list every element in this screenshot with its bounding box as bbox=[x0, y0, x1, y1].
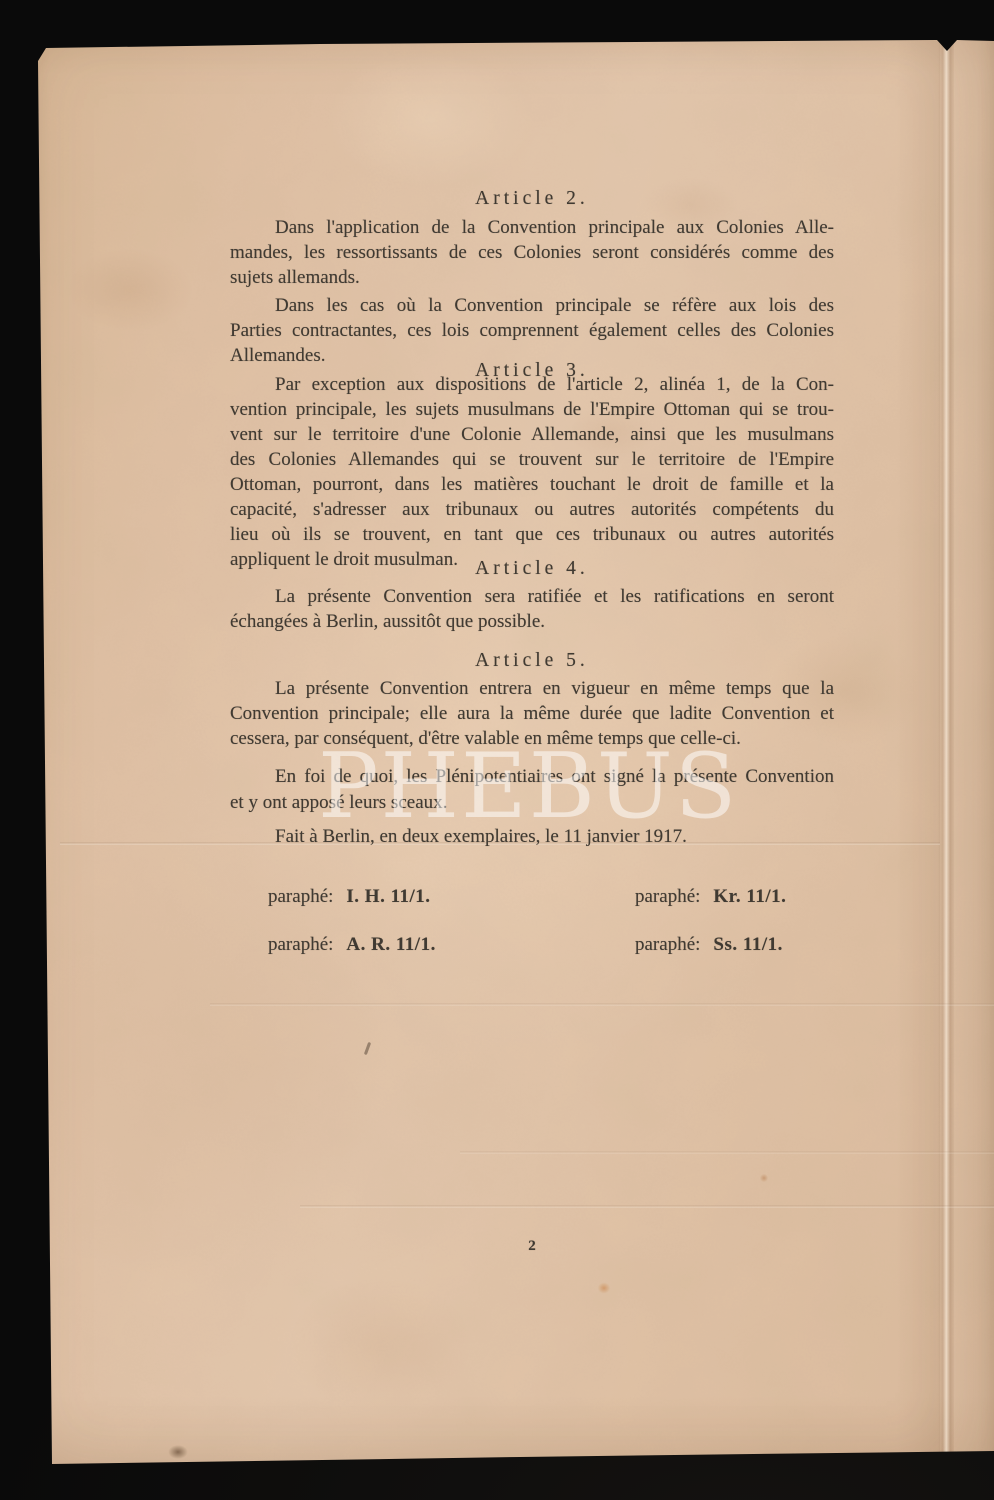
article-5-heading: Article 5. bbox=[230, 648, 834, 673]
text-line: vent sur le territoire d'une Colonie All… bbox=[230, 422, 834, 447]
pencil-mark bbox=[364, 1042, 371, 1055]
closing-paragraph: En foi de quoi, les Plénipotentiaires on… bbox=[230, 764, 834, 816]
text-line: capacité, s'adresser aux tribunaux ou au… bbox=[230, 497, 834, 522]
paraphe-initials: Kr. 11/1. bbox=[713, 886, 786, 907]
paraphe-initials: A. R. 11/1. bbox=[346, 934, 435, 955]
article-5-paragraph: La présente Convention entrera en vigueu… bbox=[230, 676, 834, 751]
paraphe-initials: I. H. 11/1. bbox=[346, 886, 430, 907]
text-line: Dans les cas où la Convention principale… bbox=[230, 293, 834, 318]
paraphe-right: paraphé:Ss. 11/1. bbox=[635, 932, 783, 957]
text-line: Parties contractantes, ces lois comprenn… bbox=[230, 318, 834, 343]
fold-shadow bbox=[896, 38, 940, 1458]
article-4-heading: Article 4. bbox=[230, 556, 834, 581]
text-line: Par exception aux dispositions de l'arti… bbox=[230, 372, 834, 397]
paraphe-label: paraphé: bbox=[268, 886, 333, 907]
paraphe-label: paraphé: bbox=[268, 934, 333, 955]
paraphe-left: paraphé:A. R. 11/1. bbox=[268, 932, 436, 957]
text-line: Convention principale; elle aura la même… bbox=[230, 701, 834, 726]
text-line: lieu où ils se trouvent, en tant que ces… bbox=[230, 522, 834, 547]
article-2-paragraph-2: Dans les cas où la Convention principale… bbox=[230, 293, 834, 368]
paraphe-label: paraphé: bbox=[635, 934, 700, 955]
horizontal-crease bbox=[210, 1003, 994, 1006]
text-line: Ottoman, pourront, dans les matières tou… bbox=[230, 472, 834, 497]
text-line: et y ont apposé leurs sceaux. bbox=[230, 790, 834, 816]
text-line: cessera, par conséquent, d'être valable … bbox=[230, 726, 834, 751]
paraphe-initials: Ss. 11/1. bbox=[713, 934, 782, 955]
text-line: En foi de quoi, les Plénipotentiaires on… bbox=[230, 764, 834, 790]
article-2-heading: Article 2. bbox=[230, 186, 834, 211]
fold-right-panel bbox=[954, 38, 994, 1456]
text-line: échangées à Berlin, aussitôt que possibl… bbox=[230, 609, 834, 634]
text-line: sujets allemands. bbox=[230, 265, 834, 290]
text-line: La présente Convention sera ratifiée et … bbox=[230, 584, 834, 609]
document-page: Article 2. Dans l'application de la Conv… bbox=[0, 0, 994, 1500]
text-line: mandes, les ressortissants de ces Coloni… bbox=[230, 240, 834, 265]
photo-background: Article 2. Dans l'application de la Conv… bbox=[0, 0, 994, 1500]
fold-crease bbox=[938, 38, 954, 1458]
horizontal-crease bbox=[300, 1205, 994, 1208]
text-line: Dans l'application de la Convention prin… bbox=[230, 215, 834, 240]
article-3-paragraph: Par exception aux dispositions de l'arti… bbox=[230, 372, 834, 572]
paraphe-right: paraphé:Kr. 11/1. bbox=[635, 884, 786, 909]
article-4-paragraph: La présente Convention sera ratifiée et … bbox=[230, 584, 834, 634]
paraphe-left: paraphé:I. H. 11/1. bbox=[268, 884, 431, 909]
text-line: vention principale, les sujets musulmans… bbox=[230, 397, 834, 422]
text-line: La présente Convention entrera en vigueu… bbox=[230, 676, 834, 701]
place-date-line: Fait à Berlin, en deux exemplaires, le 1… bbox=[230, 824, 834, 849]
paraphe-label: paraphé: bbox=[635, 886, 700, 907]
page-number: 2 bbox=[230, 1238, 834, 1255]
article-2-paragraph-1: Dans l'application de la Convention prin… bbox=[230, 215, 834, 290]
text-line: des Colonies Allemandes qui se trouvent … bbox=[230, 447, 834, 472]
